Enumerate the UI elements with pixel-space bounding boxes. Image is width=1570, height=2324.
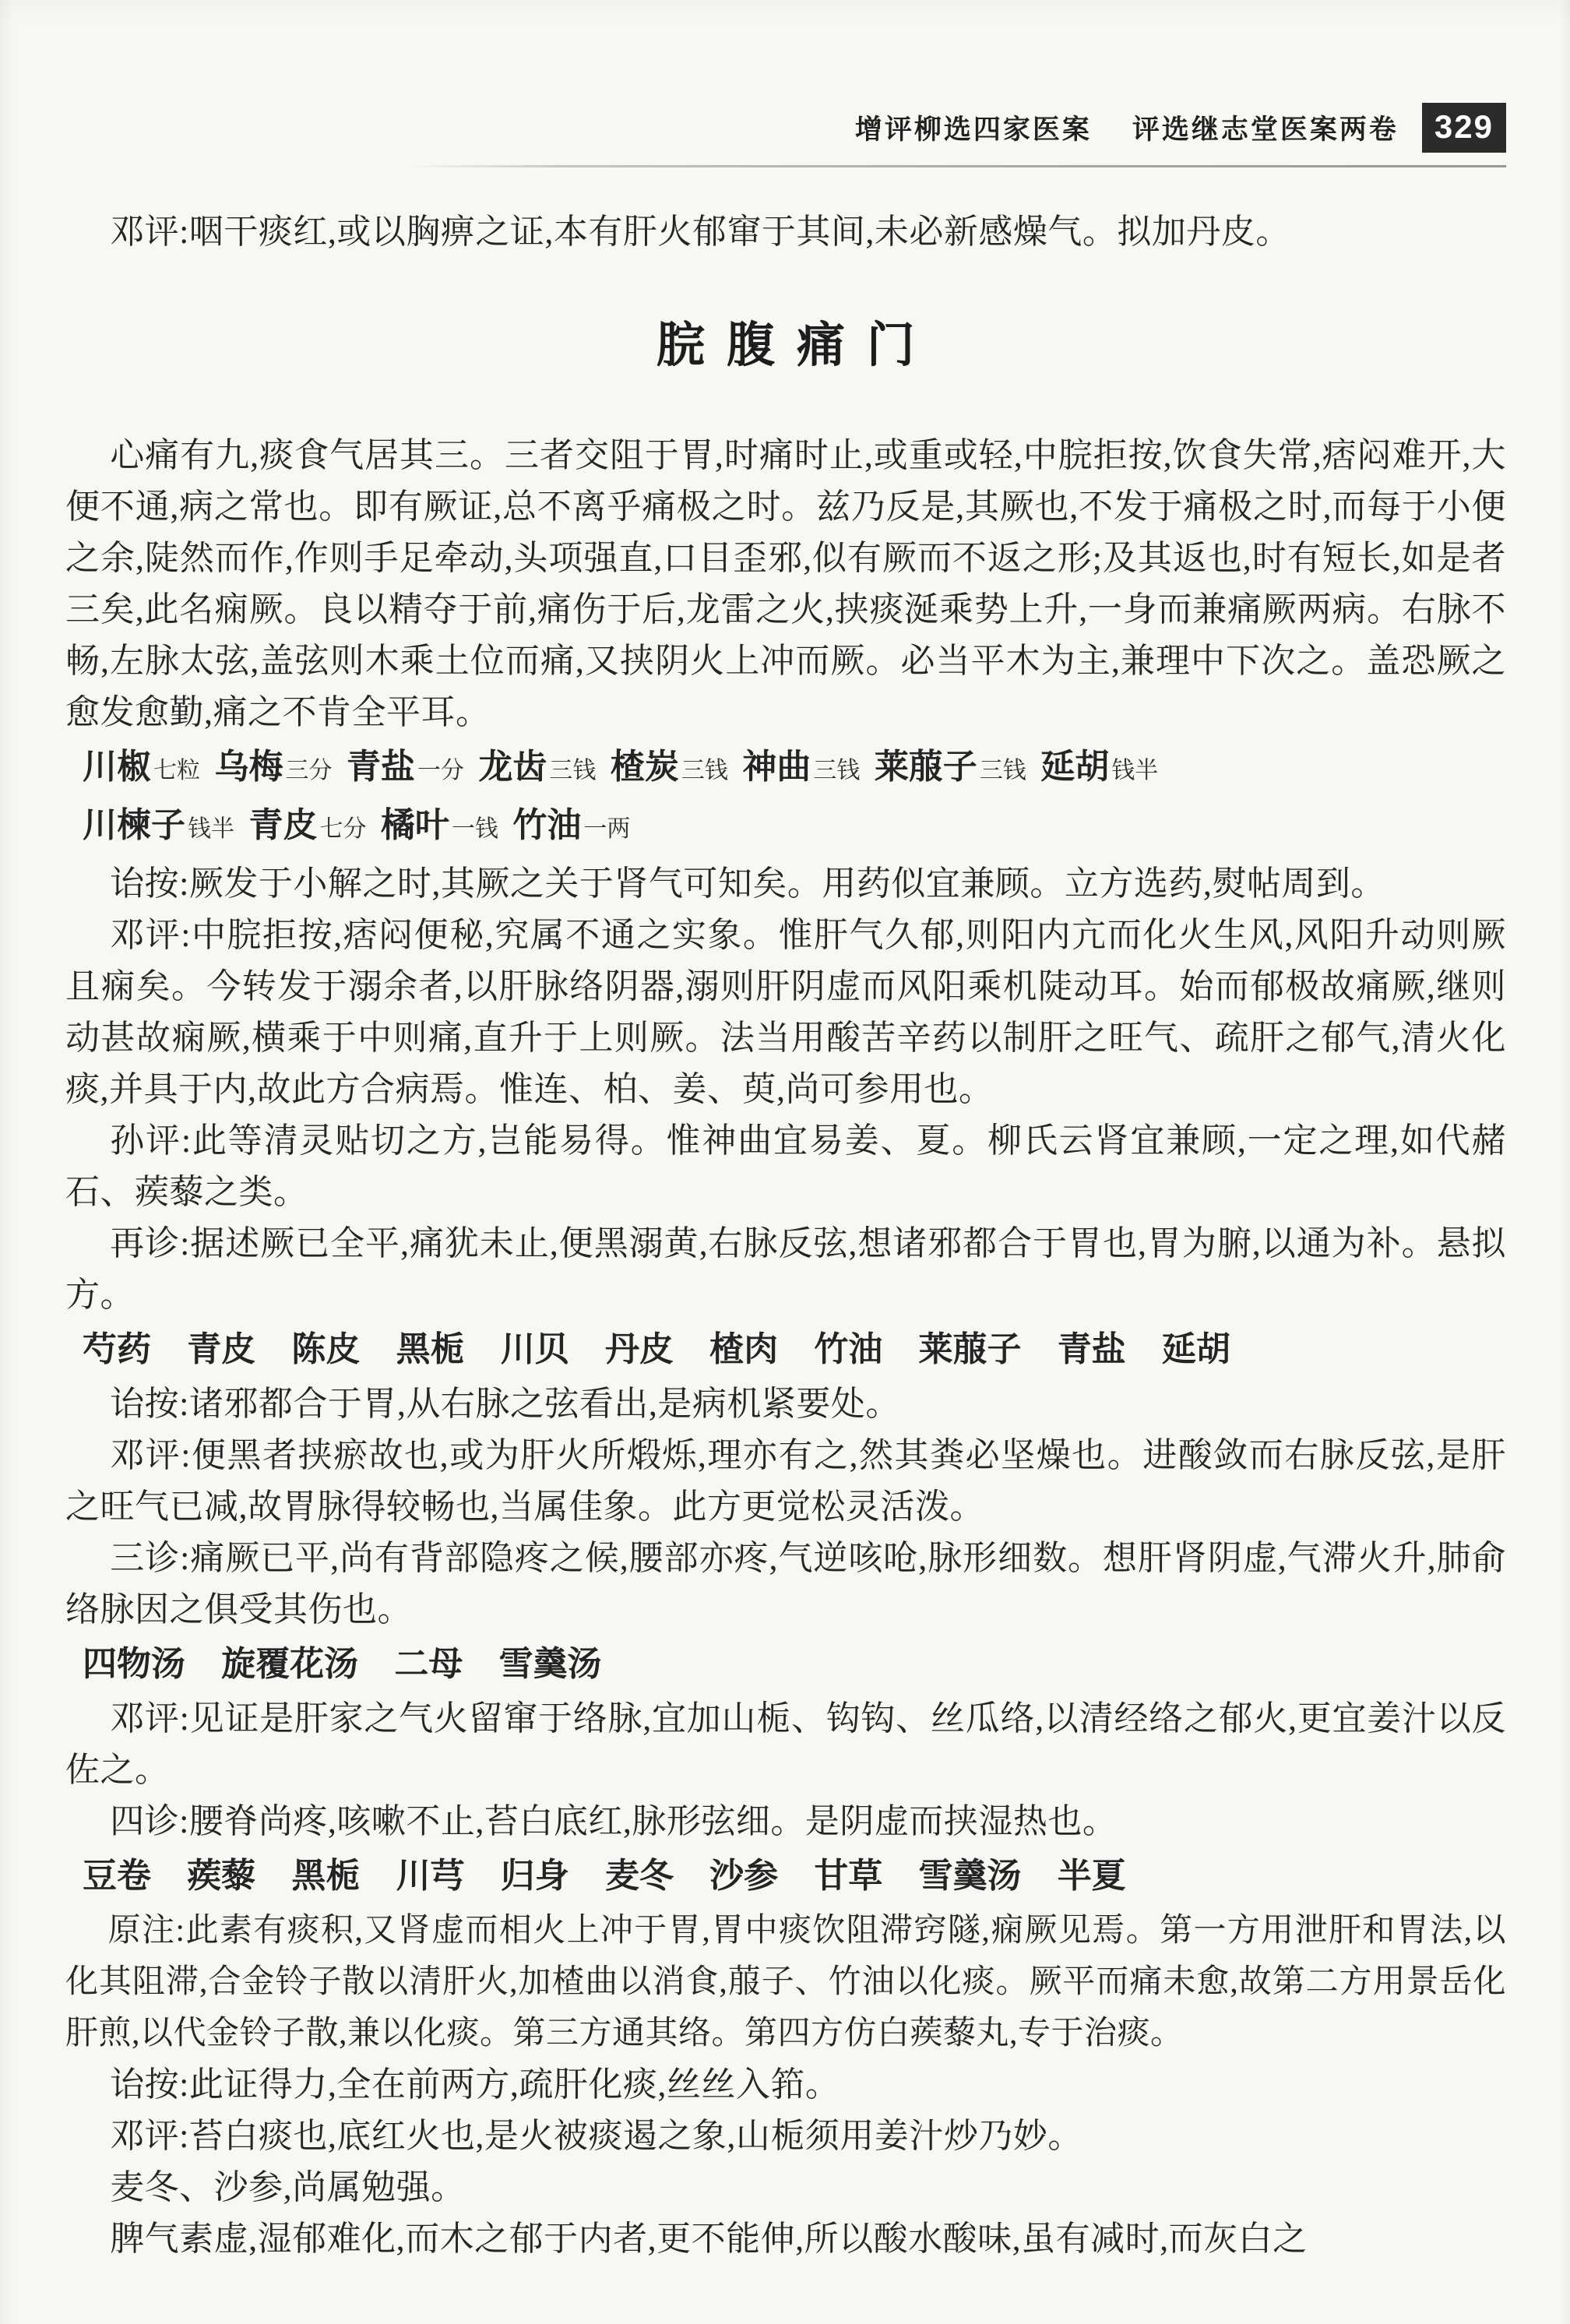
running-head-left: 增评柳选四家医案 xyxy=(855,108,1092,147)
herb-name: 延胡 xyxy=(1040,748,1109,786)
herb-name: 龙齿 xyxy=(478,748,547,786)
second-visit: 再诊:据述厥已全平,痛犹未止,便黑溺黄,右脉反弦,想诸邪都合于胃也,胃为腑,以通… xyxy=(65,1218,1506,1321)
herb-item: 芍药 xyxy=(83,1330,151,1368)
herb-name: 楂炭 xyxy=(611,748,679,786)
herb-item: 川芎 xyxy=(396,1857,465,1895)
prescription-1-line-1: 川椒七粒乌梅三分青盐一分龙齿三钱楂炭三钱神曲三钱莱菔子三钱延胡钱半 xyxy=(65,741,1506,797)
comment-yi-1: 诒按:厥发于小解之时,其厥之关于肾气可知矣。用药似宜兼顾。立方选药,熨帖周到。 xyxy=(65,858,1506,910)
herb-dose: 一两 xyxy=(583,816,630,842)
herb-item: 莱菔子 xyxy=(919,1330,1022,1368)
book-page: 增评柳选四家医案 评选继志堂医案两卷 329 邓评:咽干痰红,或以胸痹之证,本有… xyxy=(0,0,1570,2324)
herb-item: 莱菔子三钱 xyxy=(875,748,1026,786)
herb-item: 龙齿三钱 xyxy=(478,748,596,786)
fourth-visit: 四诊:腰脊尚疼,咳嗽不止,苔白底红,脉形弦细。是阴虚而挟湿热也。 xyxy=(65,1796,1506,1847)
comment-deng-4: 邓评:苔白痰也,底红火也,是火被痰遏之象,山栀须用姜汁炒乃妙。 xyxy=(65,2111,1506,2162)
herb-dose: 三钱 xyxy=(549,758,596,783)
herb-item: 陈皮 xyxy=(291,1330,360,1368)
herb-name: 竹油 xyxy=(512,806,581,844)
comment-deng-intro: 邓评:咽干痰红,或以胸痹之证,本有肝火郁窜于其间,未必新感燥气。拟加丹皮。 xyxy=(65,206,1506,258)
herb-item: 川贝 xyxy=(501,1330,569,1368)
herb-item: 麦冬 xyxy=(605,1857,674,1895)
prescription-2: 芍药青皮陈皮黑栀川贝丹皮楂肉竹油莱菔子青盐延胡 xyxy=(65,1324,1506,1375)
herb-item: 青皮七分 xyxy=(248,806,366,844)
herb-name: 莱菔子 xyxy=(875,748,977,786)
prescription-3: 四物汤旋覆花汤二母雪羹汤 xyxy=(65,1639,1506,1690)
case-description: 心痛有九,痰食气居其三。三者交阻于胃,时痛时止,或重或轻,中脘拒按,饮食失常,痞… xyxy=(65,430,1506,738)
herb-item: 川楝子钱半 xyxy=(83,806,234,844)
running-head-right: 评选继志堂医案两卷 xyxy=(1132,108,1399,147)
herb-item: 半夏 xyxy=(1058,1857,1126,1895)
herb-item: 豆卷 xyxy=(83,1857,151,1895)
herb-dose: 七粒 xyxy=(153,758,200,783)
herb-dose: 三钱 xyxy=(813,758,860,783)
comment-deng-2: 邓评:便黑者挟瘀故也,或为肝火所煅烁,理亦有之,然其粪必坚燥也。进酸敛而右脉反弦… xyxy=(65,1430,1506,1533)
herb-item: 乌梅三分 xyxy=(214,748,332,786)
herb-item: 川椒七粒 xyxy=(83,748,200,786)
herb-item: 青盐一分 xyxy=(347,748,464,786)
herb-item: 青盐 xyxy=(1058,1330,1126,1368)
herb-dose: 钱半 xyxy=(1111,758,1158,783)
comment-sun-1: 孙评:此等清灵贴切之方,岂能易得。惟神曲宜易姜、夏。柳氏云肾宜兼顾,一定之理,如… xyxy=(65,1115,1506,1218)
comment-yi-2: 诒按:诸邪都合于胃,从右脉之弦看出,是病机紧要处。 xyxy=(65,1379,1506,1430)
herb-item: 沙参 xyxy=(709,1857,778,1895)
herb-name: 川椒 xyxy=(83,748,151,786)
prescription-4: 豆卷蒺藜黑栀川芎归身麦冬沙参甘草雪羹汤半夏 xyxy=(65,1850,1506,1902)
herb-item: 甘草 xyxy=(814,1857,882,1895)
herb-name: 神曲 xyxy=(742,748,811,786)
herb-item: 竹油 xyxy=(814,1330,882,1368)
herb-dose: 七分 xyxy=(319,816,366,842)
herb-dose: 钱半 xyxy=(188,816,234,842)
herb-dose: 三钱 xyxy=(980,758,1026,783)
herb-item: 黑栀 xyxy=(291,1857,360,1895)
herb-item: 延胡 xyxy=(1162,1330,1230,1368)
closing-paragraph: 脾气素虚,湿郁难化,而木之郁于内者,更不能伸,所以酸水酸味,虽有减时,而灰白之 xyxy=(65,2213,1506,2265)
herb-item: 黑栀 xyxy=(396,1330,465,1368)
herb-item: 竹油一两 xyxy=(512,806,630,844)
section-title: 脘腹痛门 xyxy=(65,306,1506,375)
original-note: 原注:此素有痰积,又肾虚而相火上冲于胃,胃中痰饮阻滞窍隧,痫厥见焉。第一方用泄肝… xyxy=(65,1905,1506,2059)
herb-item: 旋覆花汤 xyxy=(221,1645,358,1683)
comment-deng-1: 邓评:中脘拒按,痞闷便秘,究属不通之实象。惟肝气久郁,则阳内亢而化火生风,风阳升… xyxy=(65,910,1506,1115)
herb-dose: 三分 xyxy=(285,758,332,783)
page-header: 增评柳选四家医案 评选继志堂医案两卷 329 xyxy=(65,103,1506,153)
herb-item: 雪羹汤 xyxy=(919,1857,1022,1895)
third-visit: 三诊:痛厥已平,尚有背部隐疼之候,腰部亦疼,气逆咳呛,脉形细数。想肝肾阴虚,气滞… xyxy=(65,1533,1506,1636)
herb-item: 归身 xyxy=(501,1857,569,1895)
prescription-1-line-2: 川楝子钱半青皮七分橘叶一钱竹油一两 xyxy=(65,800,1506,855)
header-rule xyxy=(411,165,1506,167)
comment-yi-3: 诒按:此证得力,全在前两方,疏肝化痰,丝丝入筘。 xyxy=(65,2059,1506,2111)
herb-item: 四物汤 xyxy=(83,1645,185,1683)
herb-dose: 一钱 xyxy=(452,816,498,842)
herb-name: 乌梅 xyxy=(214,748,283,786)
herb-name: 橘叶 xyxy=(381,806,449,844)
herb-item: 雪羹汤 xyxy=(499,1645,602,1683)
herb-item: 橘叶一钱 xyxy=(381,806,498,844)
herb-item: 楂肉 xyxy=(709,1330,778,1368)
herb-item: 楂炭三钱 xyxy=(611,748,728,786)
herb-item: 青皮 xyxy=(187,1330,255,1368)
herb-name: 川楝子 xyxy=(83,806,185,844)
herb-item: 蒺藜 xyxy=(187,1857,255,1895)
herb-item: 神曲三钱 xyxy=(742,748,860,786)
herb-item: 丹皮 xyxy=(605,1330,674,1368)
page-number-badge: 329 xyxy=(1422,103,1506,153)
herb-dose: 三钱 xyxy=(681,758,728,783)
comment-deng-4-cont: 麦冬、沙参,尚属勉强。 xyxy=(65,2162,1506,2213)
herb-name: 青皮 xyxy=(248,806,317,844)
herb-item: 二母 xyxy=(394,1645,463,1683)
comment-deng-3: 邓评:见证是肝家之气火留窜于络脉,宜加山栀、钩钩、丝瓜络,以清经络之郁火,更宜姜… xyxy=(65,1693,1506,1796)
herb-item: 延胡钱半 xyxy=(1040,748,1158,786)
herb-name: 青盐 xyxy=(347,748,415,786)
herb-dose: 一分 xyxy=(417,758,464,783)
